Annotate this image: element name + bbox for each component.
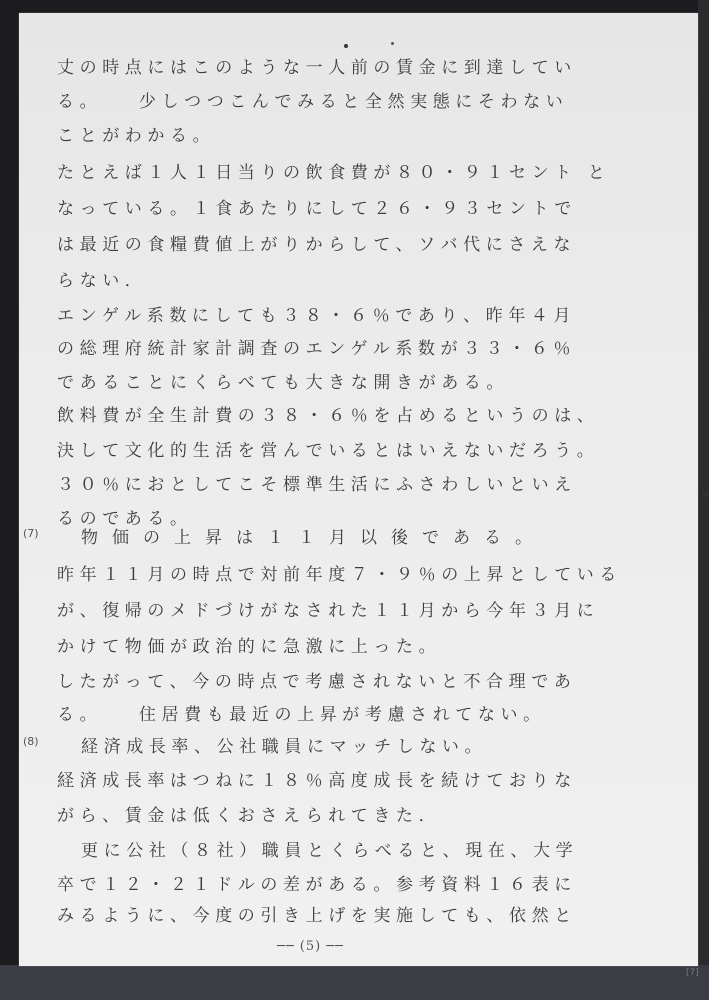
text-line: の総理府統計家計調査のエンゲル系数が３３・６％ [57, 334, 576, 359]
punch-hole [344, 44, 348, 48]
text-line: なっている。１食あたりにして２６・９３セントで [57, 194, 577, 219]
section-heading: 経済成長率、公社職員にマッチしない。 [81, 732, 487, 757]
text-line: したがって、今の時点で考慮されないと不合理であ [57, 667, 576, 692]
section-marker: (7) [23, 527, 39, 540]
section-heading: 物価の上昇は１１月以後である。 [81, 523, 546, 548]
text-line: 経済成長率はつねに１８％高度成長を続けておりな [57, 766, 577, 791]
text-line: らない． [57, 266, 147, 291]
text-line: ３０％におとしてこそ標準生活にふさわしいといえ [57, 470, 577, 495]
text-line: 昨年１１月の時点で対前年度７・９％の上昇としている [57, 560, 622, 585]
text-line: ことがわかる。 [57, 121, 215, 146]
corner-mark: [7] [686, 968, 699, 978]
text-line: が、復帰のメドづけがなされた１１月から今年３月に [57, 596, 599, 621]
text-line: 更に公社（８社）職員とくらべると、現在、大学 [81, 836, 578, 861]
backdrop-bottom [0, 965, 709, 1000]
punch-hole [391, 42, 394, 45]
text-line: る。 少しつつこんでみると全然実態にそわない [57, 87, 568, 112]
text-line: は最近の食糧費値上がりからして、ソバ代にさえな [57, 230, 576, 255]
backdrop-right [698, 0, 709, 1000]
text-line: みるように、今度の引き上げを実施しても、依然と [57, 901, 577, 926]
page-number: ── (5) ── [277, 939, 344, 954]
text-line: であることにくらべても大きな開きがある。 [57, 368, 509, 393]
text-line: エンゲル系数にしても３８・６％であり、昨年４月 [57, 301, 576, 326]
text-line: 丈の時点にはこのような一人前の賃金に到達してい [57, 53, 577, 78]
punch-holes [341, 42, 401, 48]
text-line: がら、賃金は低くおさえられてきた． [57, 801, 441, 826]
text-line: る。 住居費も最近の上昇が考慮されてない。 [57, 700, 546, 725]
text-line: 卒で１２・２１ドルの差がある。参考資料１６表に [57, 870, 577, 895]
section-marker: (8) [23, 735, 39, 748]
document-page: 丈の時点にはこのような一人前の賃金に到達してい る。 少しつつこんでみると全然実… [19, 13, 698, 966]
text-line: 決して文化的生活を営んでいるとはいえないだろう。 [57, 436, 599, 461]
text-line: かけて物価が政治的に急激に上った。 [57, 632, 441, 657]
text-line: たとえば１人１日当りの飲食費が８０・９１セント と [57, 158, 610, 183]
text-line: 飲料費が全生計費の３８・６％を占めるというのは、 [57, 401, 599, 426]
